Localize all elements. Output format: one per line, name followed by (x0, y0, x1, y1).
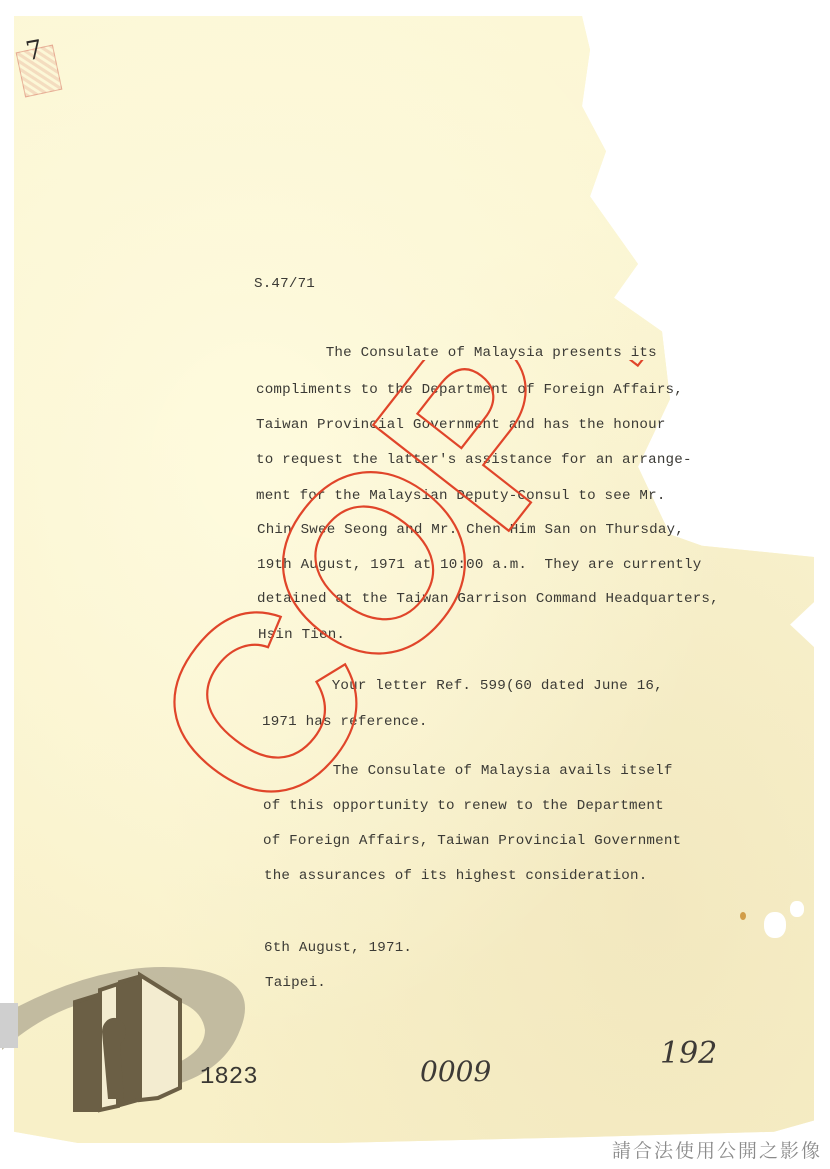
text-line: Chin Swee Seong and Mr. Chen Him San on … (257, 522, 684, 538)
text-line: of Foreign Affairs, Taiwan Provincial Go… (263, 833, 681, 849)
paper-stain (740, 912, 746, 920)
paper-tear (790, 901, 804, 917)
text-line: the assurances of its highest considerat… (264, 868, 647, 884)
reference-number: S.47/71 (254, 276, 315, 292)
text-line: 19th August, 1971 at 10:00 a.m. They are… (257, 557, 701, 573)
letter-date: 6th August, 1971. (264, 940, 412, 956)
text-line: of this opportunity to renew to the Depa… (263, 798, 664, 814)
text-line: to request the latter's assistance for a… (256, 452, 692, 468)
text-line: Your letter Ref. 599(60 dated June 16, (262, 678, 663, 694)
paragraph-request: The Consulate of Malaysia presents its c… (0, 64, 35, 240)
paragraph-reference: Your letter Ref. 599(60 dated June 16, 1… (0, 288, 35, 352)
letter-place: Taipei. (265, 975, 326, 991)
text-line: detained at the Taiwan Garrison Command … (257, 591, 719, 607)
handwritten-page-number: 0009 (420, 1055, 491, 1088)
text-line: Hsin Tien. (258, 627, 345, 643)
paragraph-closing: The Consulate of Malaysia avails itself … (0, 400, 35, 496)
typed-letter: S.47/71 The Consulate of Malaysia presen… (0, 0, 35, 560)
usage-notice: 請合法使用公開之影像 (612, 1136, 822, 1163)
handwritten-folio-number: 192 (660, 1036, 717, 1071)
paper-stain (759, 334, 764, 339)
text-line: Taiwan Provincial Government and has the… (256, 417, 666, 433)
text-line: The Consulate of Malaysia presents its (256, 345, 657, 361)
text-line: compliments to the Department of Foreign… (256, 382, 683, 398)
paper-tear (764, 912, 786, 938)
archive-logo (0, 960, 260, 1130)
text-line: ment for the Malaysian Deputy-Consul to … (256, 488, 666, 504)
archive-number: 1823 (200, 1064, 258, 1091)
text-line: The Consulate of Malaysia avails itself (263, 763, 673, 779)
text-line: 1971 has reference. (262, 714, 428, 730)
